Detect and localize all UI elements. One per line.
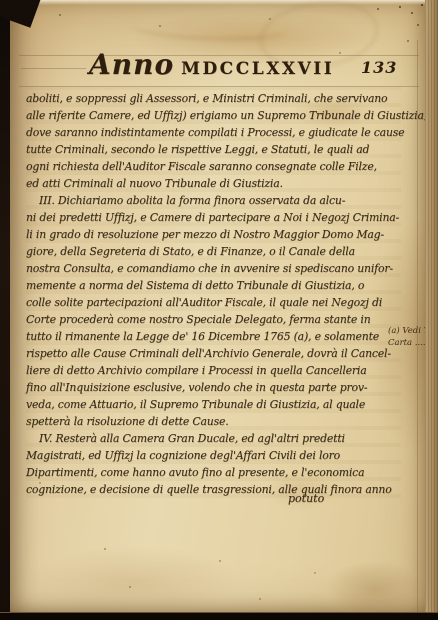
header-anno-script: Anno: [89, 48, 174, 81]
manuscript-line: ed atti Criminali al nuovo Tribunale di …: [26, 175, 401, 192]
manuscript-line: veda, come Attuario, il Supremo Tribunal…: [26, 396, 401, 413]
manuscript-line: nostra Consulta, e comandiamo che in avv…: [26, 260, 401, 277]
margin-note-line-2: Carta .........: [388, 337, 425, 349]
manuscript-line: Magistrati, ed Uffizj la cognizione degl…: [26, 447, 401, 464]
catchword: potuto: [288, 492, 324, 505]
manuscript-line: cognizione, e decisione di quelle trasgr…: [26, 481, 401, 498]
manuscript-line: ni dei predetti Uffizj, e Camere di part…: [26, 209, 401, 226]
manuscript-line: tutto il rimanente la Legge de' 16 Dicem…: [26, 328, 401, 345]
manuscript-text-block: aboliti, e soppressi gli Assessori, e Mi…: [26, 90, 401, 498]
header-year-roman: MDCCLXXVII: [181, 59, 334, 79]
page-header: AnnoMDCCLXXVII: [89, 48, 334, 81]
ruled-line-header-left: [21, 68, 86, 69]
manuscript-line: colle solite partecipazioni all'Auditor …: [26, 294, 401, 311]
margin-note-line-1: (a) Vedi Tom. I: [388, 325, 425, 337]
ruled-line-below-header: [19, 86, 419, 87]
manuscript-line: memente a norma del Sistema di detto Tri…: [26, 277, 401, 294]
manuscript-line: liere di detto Archivio compilare i Proc…: [26, 362, 401, 379]
manuscript-line: aboliti, e soppressi gli Assessori, e Mi…: [26, 90, 401, 107]
manuscript-line: fino all'Inquisizione esclusive, volendo…: [26, 379, 401, 396]
margin-note: (a) Vedi Tom. I Carta .........: [388, 325, 425, 349]
manuscript-line: giore, della Segreteria di Stato, e di F…: [26, 243, 401, 260]
manuscript-line-section-iv: IV. Resterà alla Camera Gran Ducale, ed …: [26, 430, 401, 447]
fore-edge-pages: [425, 0, 438, 613]
manuscript-line: Corte procederà come nostro Speciale Del…: [26, 311, 401, 328]
page-top-edge-highlight: [9, 0, 425, 5]
manuscript-line: Dipartimenti, come hanno avuto fino al p…: [26, 464, 401, 481]
binding-gutter: [0, 0, 10, 620]
manuscript-line: dove saranno indistintamente compilati i…: [26, 124, 401, 141]
manuscript-line: tutte Criminali, secondo le rispettive L…: [26, 141, 401, 158]
manuscript-line-section-iii: III. Dichiariamo abolita la forma finora…: [26, 192, 401, 209]
manuscript-line: rispetto alle Cause Criminali dell'Archi…: [26, 345, 401, 362]
scan-bottom-edge: [0, 612, 438, 620]
manuscript-page: AnnoMDCCLXXVII 133 aboliti, e soppressi …: [9, 0, 425, 613]
manuscript-scan: AnnoMDCCLXXVII 133 aboliti, e soppressi …: [0, 0, 438, 620]
manuscript-line: li in grado di resoluzione per mezzo di …: [26, 226, 401, 243]
page-number: 133: [361, 58, 397, 77]
manuscript-line: spetterà la risoluzione di dette Cause.: [26, 413, 401, 430]
manuscript-line: alle riferite Camere, ed Uffizj) erigiam…: [26, 107, 401, 124]
bleed-through-streak: [129, 11, 290, 43]
manuscript-line: ogni richiesta dell'Auditor Fiscale sara…: [26, 158, 401, 175]
